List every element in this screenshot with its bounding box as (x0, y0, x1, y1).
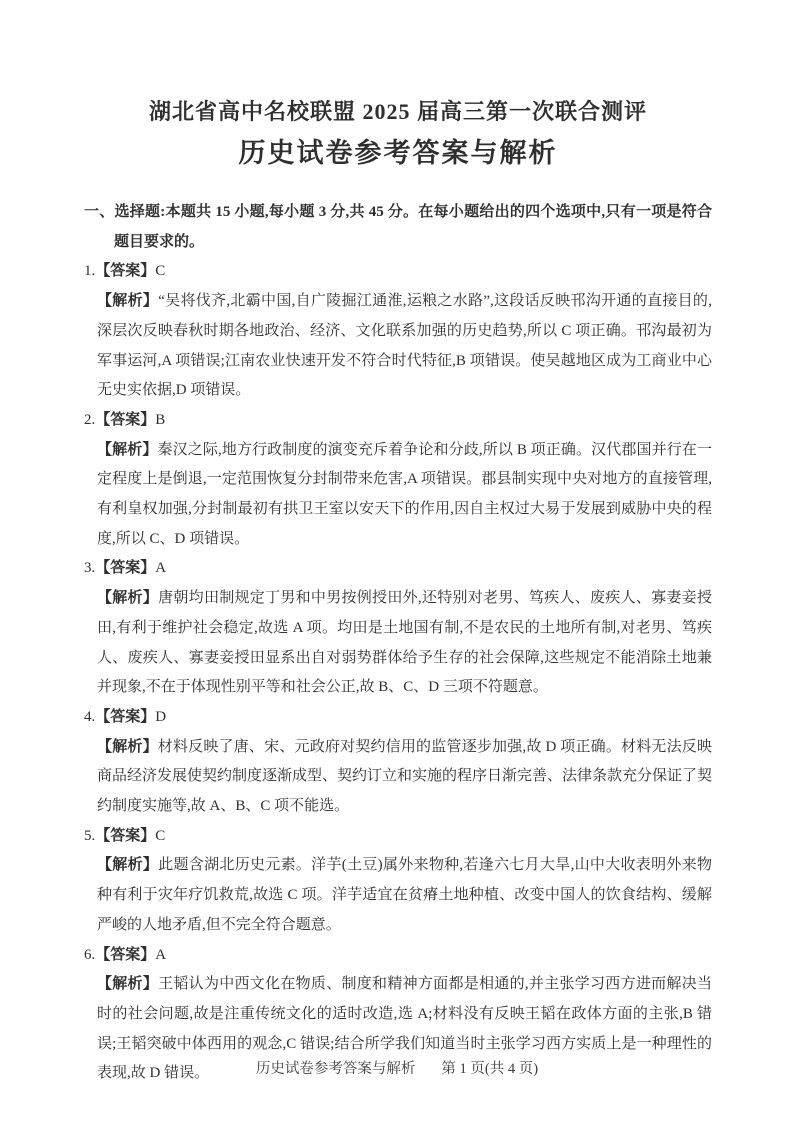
question-block-4: 4.【答案】D 【解析】材料反映了唐、宋、元政府对契约信用的监管逐步加强,故 D… (84, 703, 712, 822)
question-number: 2. (84, 412, 95, 428)
analysis-label: 【解析】 (97, 739, 158, 755)
answer-label: 【答案】 (95, 560, 155, 576)
question-block-3: 3.【答案】A 【解析】唐朝均田制规定丁男和中男按例授田外,还特别对老男、笃疾人… (84, 554, 712, 703)
analysis-paragraph: 【解析】秦汉之际,地方行政制度的演变充斥着争论和分歧,所以 B 项正确。汉代郡国… (97, 436, 712, 555)
analysis-text: “吴将伐齐,北霸中国,自广陵掘江通淮,运粮之水路”,这段话反映邗沟开通的直接目的… (97, 293, 712, 398)
question-number: 6. (84, 947, 95, 963)
question-number: 1. (84, 263, 95, 279)
analysis-label: 【解析】 (97, 293, 158, 309)
analysis-label: 【解析】 (97, 590, 158, 606)
answer-letter: A (155, 560, 166, 576)
answer-letter: D (155, 709, 166, 725)
analysis-label: 【解析】 (97, 442, 157, 458)
document-subtitle: 历史试卷参考答案与解析 (84, 134, 712, 172)
analysis-text: 秦汉之际,地方行政制度的演变充斥着争论和分歧,所以 B 项正确。汉代郡国并行在一… (97, 442, 712, 547)
document-body: 一、选择题:本题共 15 小题,每小题 3 分,共 45 分。在每小题给出的四个… (84, 198, 712, 1089)
answer-line: 6.【答案】A (84, 941, 712, 971)
analysis-label: 【解析】 (97, 976, 158, 992)
footer-doc-name: 历史试卷参考答案与解析 (256, 1061, 416, 1077)
answer-letter: A (155, 947, 166, 963)
footer-page-info: 第 1 页(共 4 页) (441, 1061, 538, 1077)
analysis-label: 【解析】 (97, 857, 158, 873)
analysis-paragraph: 【解析】“吴将伐齐,北霸中国,自广陵掘江通淮,运粮之水路”,这段话反映邗沟开通的… (97, 287, 712, 406)
answer-letter: B (155, 412, 165, 428)
question-block-1: 1.【答案】C 【解析】“吴将伐齐,北霸中国,自广陵掘江通淮,运粮之水路”,这段… (84, 257, 712, 406)
page-footer: 历史试卷参考答案与解析第 1 页(共 4 页) (0, 1057, 794, 1081)
question-number: 4. (84, 709, 95, 725)
question-block-5: 5.【答案】C 【解析】此题含湖北历史元素。洋芋(土豆)属外来物种,若逢六七月大… (84, 822, 712, 941)
answer-label: 【答案】 (95, 947, 155, 963)
answer-line: 4.【答案】D (84, 703, 712, 733)
document-page: 湖北省高中名校联盟 2025 届高三第一次联合测评 历史试卷参考答案与解析 一、… (0, 0, 794, 1122)
analysis-text: 唐朝均田制规定丁男和中男按例授田外,还特别对老男、笃疾人、废疾人、寡妻妾授田,有… (97, 590, 712, 695)
answer-label: 【答案】 (95, 709, 155, 725)
question-number: 3. (84, 560, 95, 576)
answer-letter: C (155, 828, 165, 844)
answer-line: 3.【答案】A (84, 554, 712, 584)
answer-line: 5.【答案】C (84, 822, 712, 852)
answer-label: 【答案】 (95, 828, 155, 844)
analysis-text: 材料反映了唐、宋、元政府对契约信用的监管逐步加强,故 D 项正确。材料无法反映商… (97, 739, 712, 814)
answer-line: 2.【答案】B (84, 406, 712, 436)
analysis-text: 此题含湖北历史元素。洋芋(土豆)属外来物种,若逢六七月大旱,山中大收表明外来物种… (97, 857, 712, 932)
question-block-2: 2.【答案】B 【解析】秦汉之际,地方行政制度的演变充斥着争论和分歧,所以 B … (84, 406, 712, 555)
answer-line: 1.【答案】C (84, 257, 712, 287)
answer-label: 【答案】 (95, 412, 155, 428)
answer-label: 【答案】 (95, 263, 155, 279)
answer-letter: C (155, 263, 165, 279)
document-title: 湖北省高中名校联盟 2025 届高三第一次联合测评 (84, 96, 712, 128)
section-header: 一、选择题:本题共 15 小题,每小题 3 分,共 45 分。在每小题给出的四个… (84, 198, 712, 257)
question-number: 5. (84, 828, 95, 844)
analysis-paragraph: 【解析】此题含湖北历史元素。洋芋(土豆)属外来物种,若逢六七月大旱,山中大收表明… (97, 851, 712, 940)
analysis-paragraph: 【解析】唐朝均田制规定丁男和中男按例授田外,还特别对老男、笃疾人、废疾人、寡妻妾… (97, 584, 712, 703)
analysis-paragraph: 【解析】材料反映了唐、宋、元政府对契约信用的监管逐步加强,故 D 项正确。材料无… (97, 733, 712, 822)
